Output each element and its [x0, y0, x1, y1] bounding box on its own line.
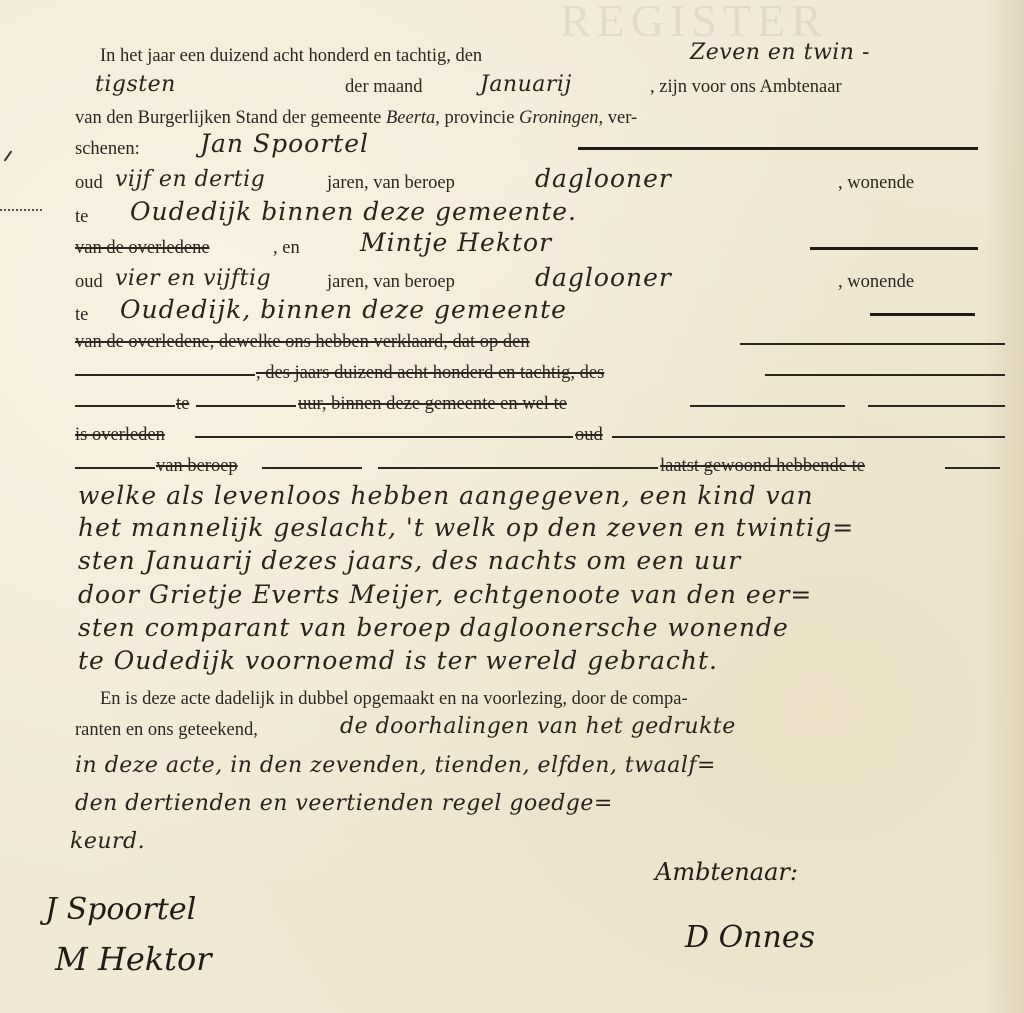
printed-beroep: jaren, van beroep: [327, 172, 455, 194]
struck-line-12: uur, binnen deze gemeente en wel te: [298, 393, 567, 415]
handwritten-day: Zeven en twin -: [690, 40, 870, 66]
handwritten-body-line: te Oudedijk voornoemd is ter wereld gebr…: [78, 648, 718, 674]
handwritten-body-line: het mannelijk geslacht, 't welk op den z…: [78, 515, 854, 541]
printed-maand: der maand: [345, 76, 423, 98]
strike-rule: [868, 405, 1005, 407]
bleed-through-text: REGISTER: [560, 0, 1020, 34]
handwritten-day-cont: tigsten: [95, 72, 176, 98]
printed-oud: oud: [75, 172, 103, 194]
printed-beroep: jaren, van beroep: [327, 271, 455, 293]
struck-oud: oud: [575, 424, 603, 446]
printed-geteekend: ranten en ons geteekend,: [75, 719, 258, 741]
province-name: Groningen: [519, 108, 598, 128]
signature-witness-2: M Hektor: [55, 940, 212, 978]
printed-te: te: [75, 206, 88, 228]
printed-wonende: , wonende: [838, 172, 914, 194]
printed-opening: In het jaar een duizend acht honderd en …: [100, 45, 482, 67]
handwritten-body-line: welke als levenloos hebben aangegeven, e…: [78, 483, 814, 509]
printed-ambtenaar: , zijn voor ons Ambtenaar: [650, 76, 842, 98]
printed-verschenen: schenen:: [75, 138, 140, 160]
struck-line-11: , des jaars duizend acht honderd en tach…: [256, 362, 604, 384]
struck-van-beroep: van beroep: [156, 455, 238, 477]
handwritten-witness-age: vier en vijftig: [115, 266, 271, 292]
struck-overledene: van de overledene: [75, 237, 210, 259]
strike-rule: [196, 405, 296, 407]
handwritten-father-occupation: daglooner: [535, 166, 672, 192]
strike-rule: [378, 467, 658, 469]
official-label: Ambtenaar:: [655, 858, 798, 886]
signature-official: D Onnes: [685, 920, 815, 955]
strike-rule: [75, 405, 175, 407]
handwritten-witness-name: Mintje Hektor: [360, 230, 552, 256]
handwritten-month: Januarij: [480, 72, 572, 98]
strike-rule: [262, 467, 362, 469]
strike-rule: [75, 467, 155, 469]
printed-closing: En is deze acte dadelijk in dubbel opgem…: [100, 688, 688, 710]
handwritten-body-line: door Grietje Everts Meijer, echtgenoote …: [78, 582, 812, 608]
signature-witness-1: J Spoortel: [45, 892, 196, 927]
strike-rule: [765, 374, 1005, 376]
printed-te: te: [75, 304, 88, 326]
struck-laatst-gewoond: laatst gewoond hebbende te: [660, 455, 865, 477]
handwritten-body-line: sten Januarij dezes jaars, des nachts om…: [78, 548, 741, 574]
handwritten-witness-occupation: daglooner: [535, 265, 672, 291]
struck-te: te: [176, 393, 189, 415]
handwritten-approval: in deze acte, in den zevenden, tienden, …: [75, 753, 716, 779]
handwritten-approval: den dertienden en veertienden regel goed…: [75, 791, 613, 817]
fill-rule: [578, 147, 978, 150]
handwritten-father-residence: Oudedijk binnen deze gemeente.: [130, 199, 577, 225]
handwritten-father-age: vijf en dertig: [115, 167, 265, 193]
printed-wonende: , wonende: [838, 271, 914, 293]
margin-dotted-line: [0, 209, 42, 211]
handwritten-father-name: Jan Spoortel: [200, 131, 369, 157]
strike-rule: [945, 467, 1000, 469]
margin-mark: [4, 151, 13, 162]
printed-oud: oud: [75, 271, 103, 293]
fill-rule: [870, 313, 975, 316]
strike-rule: [690, 405, 845, 407]
handwritten-body-line: sten comparant van beroep dagloonersche …: [78, 615, 789, 641]
printed-burgerlijke-stand: van den Burgerlijken Stand der gemeente …: [75, 107, 637, 129]
handwritten-approval: de doorhalingen van het gedrukte: [340, 714, 736, 740]
struck-line-10: van de overledene, dewelke ons hebben ve…: [75, 331, 530, 353]
handwritten-approval: keurd.: [70, 829, 145, 855]
handwritten-witness-residence: Oudedijk, binnen deze gemeente: [120, 297, 567, 323]
strike-rule: [75, 374, 255, 376]
strike-rule: [740, 343, 1005, 345]
strike-rule: [612, 436, 1005, 438]
strike-rule: [195, 436, 573, 438]
fill-rule: [810, 247, 978, 250]
printed-en: , en: [273, 237, 300, 259]
struck-is-overleden: is overleden: [75, 424, 165, 446]
place-name: Beerta: [386, 108, 435, 128]
